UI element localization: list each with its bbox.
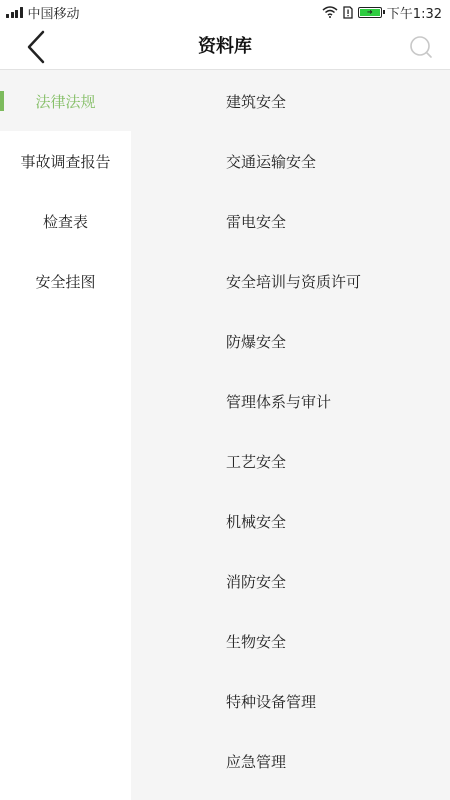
sidebar-item-safety-posters[interactable]: 安全挂图 [0,251,131,311]
sim-alert-icon [343,6,353,19]
status-right: ➜ 下午1:32 [322,3,442,22]
subcategory-list: 建筑安全 交通运输安全 雷电安全 安全培训与资质许可 防爆安全 管理体系与审计 … [131,71,450,800]
chevron-left-icon [26,30,46,64]
list-item[interactable]: 交通运输安全 [131,131,450,191]
battery-charging-icon: ➜ [358,7,382,18]
list-item[interactable]: 应急管理 [131,731,450,791]
sidebar-item-checklists[interactable]: 检查表 [0,191,131,251]
search-button[interactable] [406,32,436,62]
sidebar-item-label: 法律法规 [35,91,95,112]
status-time: 下午1:32 [387,3,442,22]
sidebar-item-label: 安全挂图 [35,271,95,292]
list-item[interactable]: 安全培训与资质许可 [131,251,450,311]
page-title: 资料库 [0,24,450,70]
list-item[interactable]: 机械安全 [131,491,450,551]
sidebar-item-accident-reports[interactable]: 事故调查报告 [0,131,131,191]
list-item[interactable]: 消防安全 [131,551,450,611]
status-left: 中国移动 [6,3,80,22]
status-bar: 中国移动 ➜ 下午1:32 [0,0,450,24]
list-item[interactable]: 特种设备管理 [131,671,450,731]
list-item[interactable]: 管理体系与审计 [131,371,450,431]
search-icon [409,35,433,59]
category-sidebar: 法律法规 事故调查报告 检查表 安全挂图 [0,71,131,800]
wifi-icon [322,6,338,18]
list-item[interactable]: 雷电安全 [131,191,450,251]
sidebar-item-laws[interactable]: 法律法规 [0,71,131,131]
sidebar-item-label: 事故调查报告 [20,151,110,172]
back-button[interactable] [18,28,54,66]
signal-icon [6,7,23,18]
list-item[interactable]: 工艺安全 [131,431,450,491]
list-item[interactable]: 建筑安全 [131,71,450,131]
list-item[interactable]: 生物安全 [131,611,450,671]
carrier-name: 中国移动 [28,3,80,22]
list-item[interactable]: 防爆安全 [131,311,450,371]
sidebar-item-label: 检查表 [43,211,88,232]
nav-bar: 资料库 [0,24,450,70]
